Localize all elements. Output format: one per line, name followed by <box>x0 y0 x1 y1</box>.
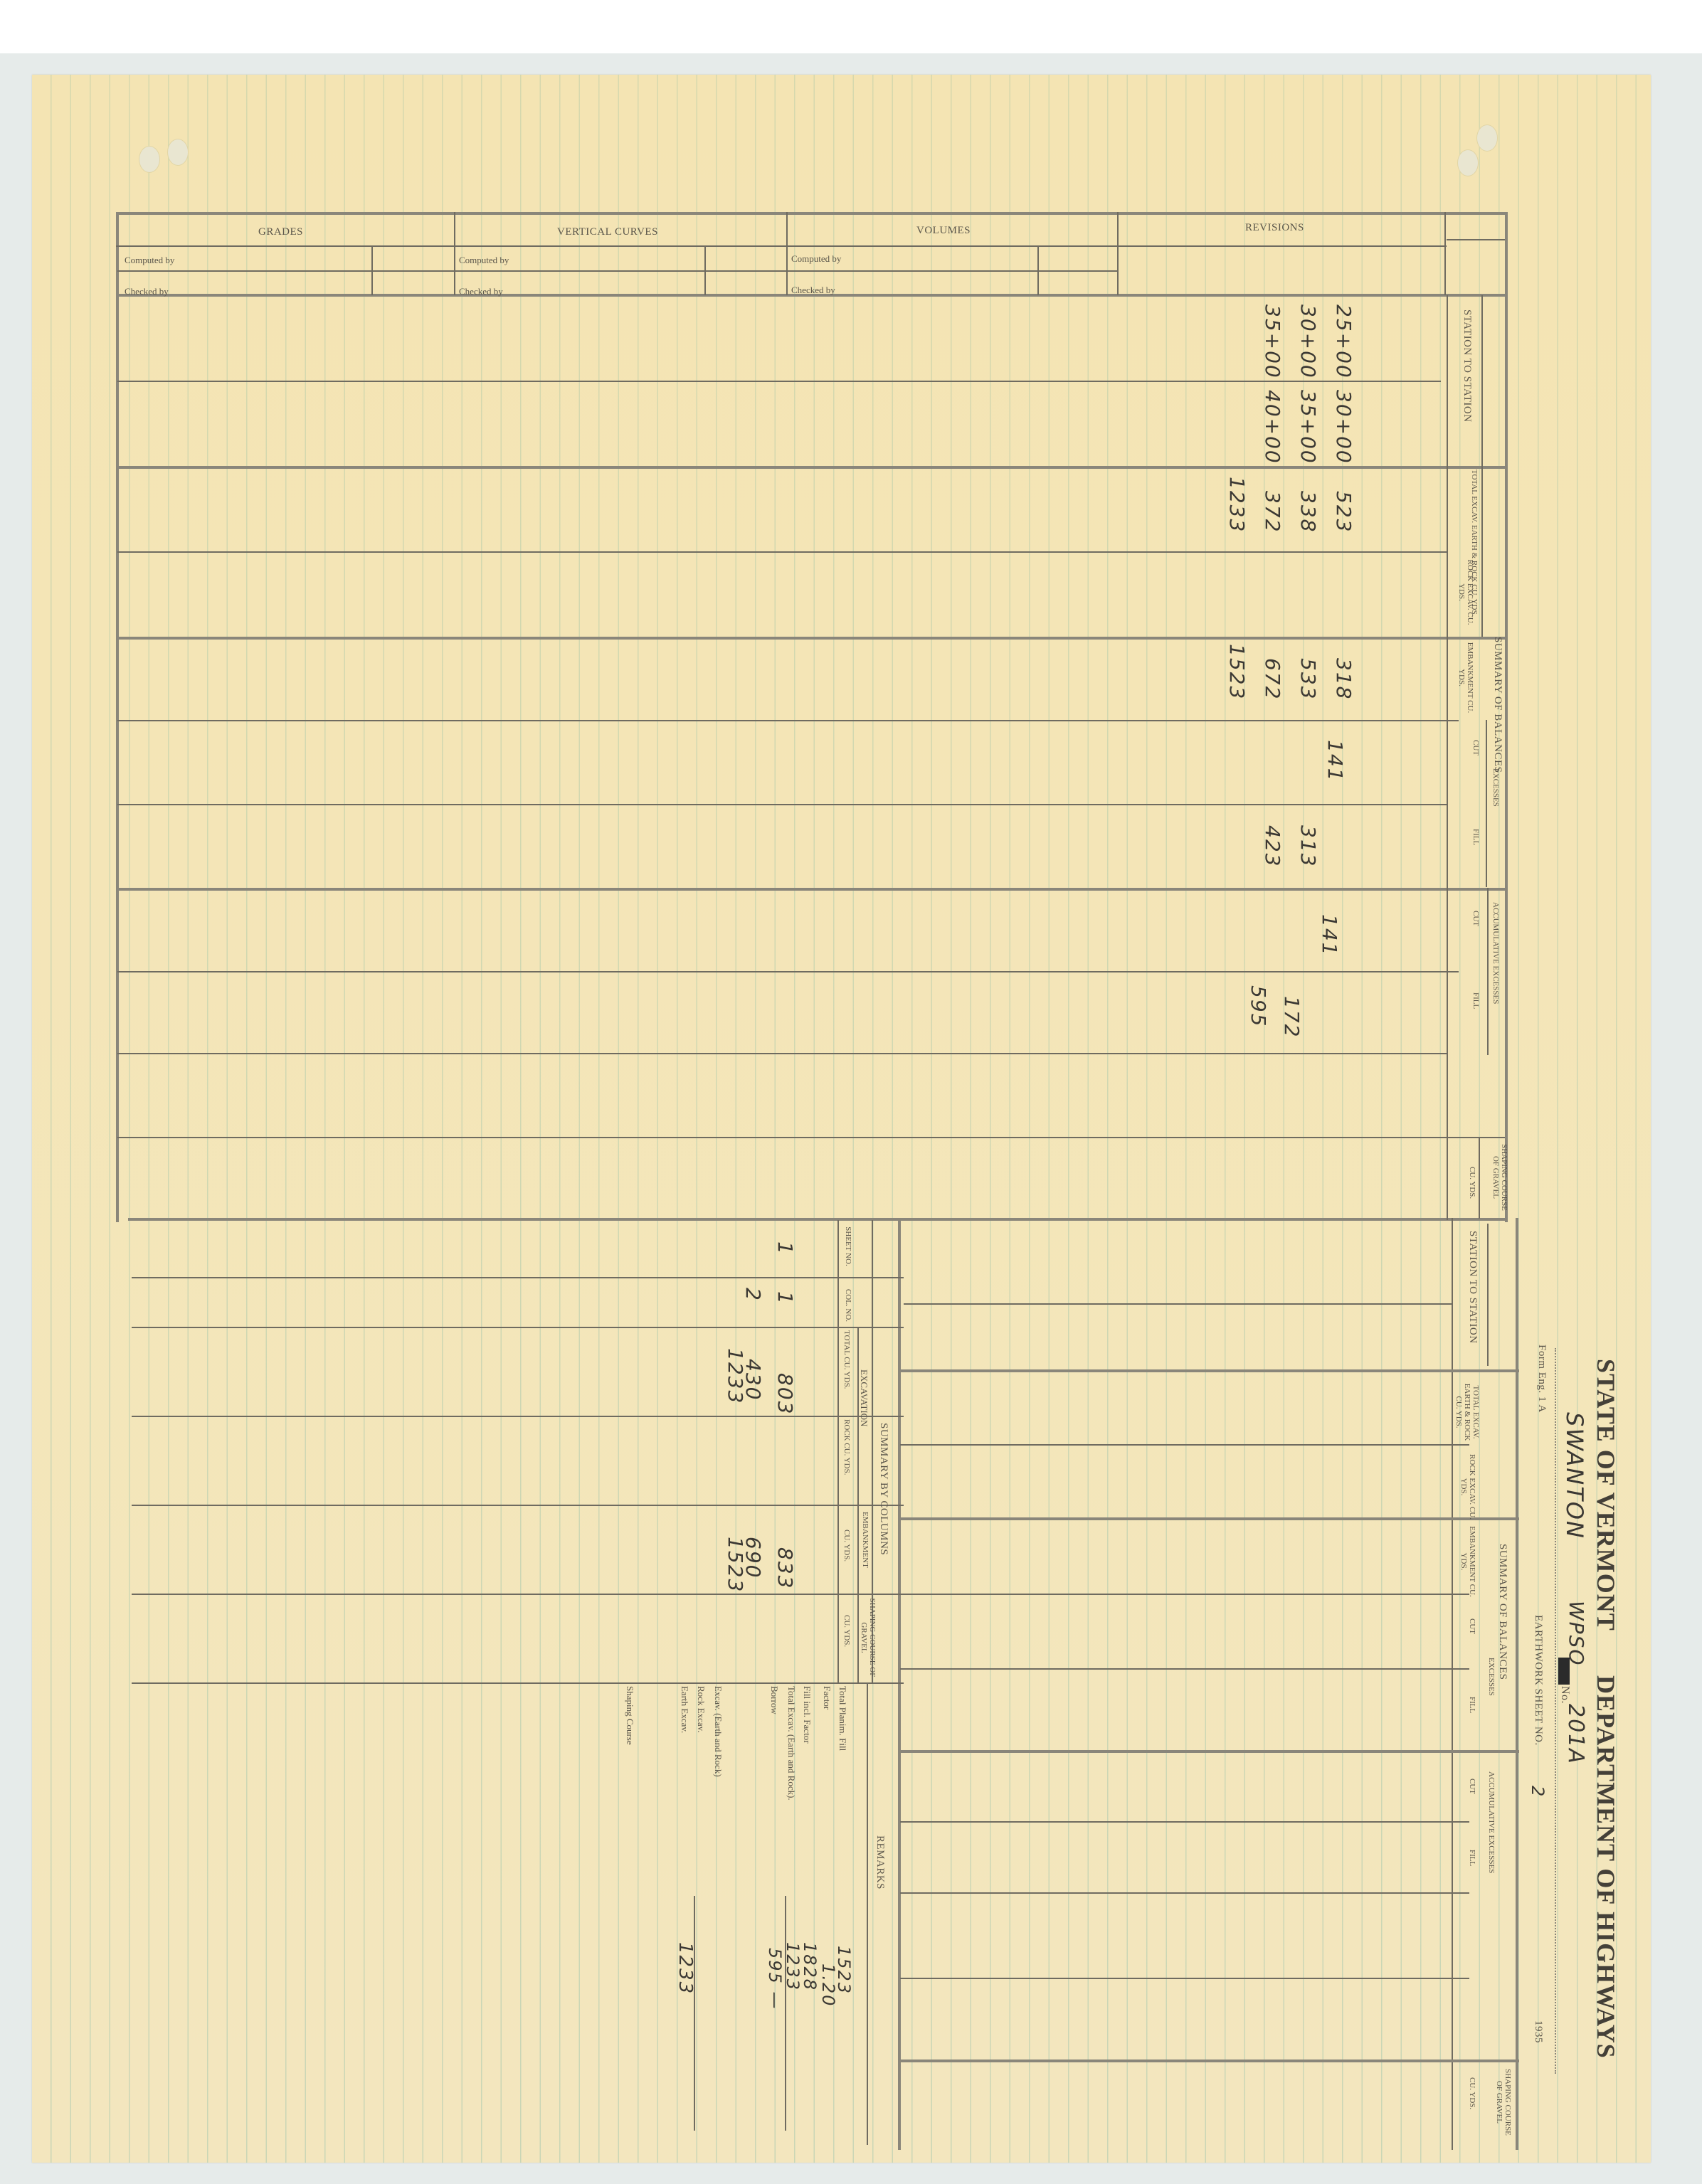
total-excav-total: 1233 <box>1225 477 1249 533</box>
excesses-header: EXCESSES <box>1491 768 1500 807</box>
shaping-cu-yds-header: CU. YDS. <box>1468 1167 1476 1199</box>
remark-label: Factor <box>821 1686 832 1709</box>
factor-value: 1.20 <box>818 1963 838 2007</box>
total-cu-yds-header: TOTAL CU. YDS. <box>842 1330 851 1389</box>
punch-hole <box>139 146 160 173</box>
volumes-header: VOLUMES <box>916 225 971 237</box>
excesses-cut-header: CUT <box>1471 740 1480 756</box>
blank-shaping-header: SHAPING COURSE OF GRAVEL <box>1495 2063 1512 2141</box>
fill-incl-factor-value: 1828 <box>800 1942 820 1991</box>
embankment-cu-yds-value: 833 <box>773 1547 797 1589</box>
punch-hole <box>1476 124 1498 152</box>
shaping-col-header: SHAPING COURSE OF GRAVEL <box>860 1595 877 1680</box>
punch-hole <box>167 139 189 166</box>
punch-hole <box>1457 149 1479 176</box>
blank-embankment-header: EMBANKMENT CU. YDS. <box>1459 1526 1476 1597</box>
embankment-units-header: CU. YDS. <box>842 1530 851 1562</box>
embankment-value: 672 <box>1261 658 1284 700</box>
station-from: 35+00 <box>1261 304 1284 379</box>
excess-cut-value: 141 <box>1323 740 1347 782</box>
excavation-header: EXCAVATION <box>858 1369 869 1426</box>
total-excav-value: 523 <box>1332 491 1355 533</box>
project-no-label: No. <box>1558 1686 1571 1704</box>
remark-label: Rock Excav. <box>695 1686 707 1733</box>
excess-fill-value: 313 <box>1296 825 1320 867</box>
col-no-header: COL. NO. <box>844 1284 852 1327</box>
blank-shaping-units: CU. YDS. <box>1468 2077 1476 2109</box>
earth-excav-value: 1233 <box>675 1942 696 1995</box>
remark-label: Total Planim. Fill <box>837 1686 848 1751</box>
volumes-computed-by-label: Computed by <box>791 253 841 265</box>
grades-header: GRADES <box>258 226 303 238</box>
department-title: DEPARTMENT OF HIGHWAYS <box>1591 1675 1621 2059</box>
sheet-title: EARTHWORK SHEET NO. <box>1532 1615 1544 1746</box>
station-from: 30+00 <box>1296 304 1320 379</box>
station-to: 30+00 <box>1332 390 1355 465</box>
acc-fill-value: 172 <box>1280 996 1304 1038</box>
remark-label: Shaping Course <box>624 1686 635 1745</box>
total-cu-yds-value: 803 <box>773 1373 797 1415</box>
remark-label: Earth Excav. <box>679 1686 690 1733</box>
rock-excav-header: ROCK EXCAV. CU. YDS. <box>1457 555 1474 630</box>
volumes-checked-by-label: Checked by <box>791 285 835 296</box>
embankment-value: 533 <box>1296 658 1320 700</box>
blank-fill-header: FILL <box>1468 1697 1476 1713</box>
redaction-mark <box>1558 1658 1570 1685</box>
sheet-no-value: 1 <box>773 1241 797 1256</box>
accumulative-excesses-header: ACCUMULATIVE EXCESSES <box>1491 902 1500 1004</box>
shaping-course-header: SHAPING COURSE OF GRAVEL <box>1491 1138 1508 1216</box>
remark-label: Fill incl. Factor <box>801 1686 813 1744</box>
station-to-station-header: STATION TO STATION <box>1461 309 1473 423</box>
embankment-col-header: EMBANKMENT <box>861 1512 869 1568</box>
revisions-header: REVISIONS <box>1245 222 1304 234</box>
vertical-curves-header: VERTICAL CURVES <box>557 226 658 238</box>
embankment-total: 1523 <box>724 1537 747 1593</box>
town-name: SWANTON <box>1561 1412 1588 1539</box>
vc-computed-by-label: Computed by <box>459 255 509 266</box>
remarks-title: REMARKS <box>874 1835 886 1889</box>
embankment-total: 1523 <box>1225 644 1249 700</box>
blank-total-excav-header: TOTAL EXCAV. EARTH & ROCK CU. YDS. <box>1454 1377 1480 1448</box>
summary-of-balances-title: SUMMARY OF BALANCES <box>1491 637 1503 773</box>
blank-summary-title: SUMMARY OF BALANCES <box>1496 1544 1508 1680</box>
summary-by-columns-title: SUMMARY BY COLUMNS <box>877 1423 889 1555</box>
col-no-value: 2 <box>741 1288 765 1302</box>
blank-cut-header: CUT <box>1468 1618 1476 1634</box>
total-cu-yds-total: 1233 <box>724 1348 747 1404</box>
total-excav-value: 372 <box>1261 491 1284 533</box>
grades-computed-by-label: Computed by <box>125 255 174 266</box>
shaping-col-units: CU. YDS. <box>842 1615 851 1647</box>
excesses-fill-header: FILL <box>1471 829 1480 845</box>
remark-label: Total Excav. (Earth and Rock). <box>786 1686 797 1801</box>
station-to: 40+00 <box>1261 390 1284 465</box>
acc-fill-header: FILL <box>1471 992 1480 1009</box>
total-excav-value: 338 <box>1296 491 1320 533</box>
acc-fill-value: 595 <box>1247 985 1270 1027</box>
excess-fill-value: 423 <box>1261 825 1284 867</box>
station-from: 25+00 <box>1332 304 1355 379</box>
embankment-header: EMBANKMENT CU. YDS. <box>1457 640 1474 715</box>
project-number: 201A <box>1563 1704 1588 1765</box>
embankment-value: 318 <box>1332 658 1355 700</box>
col-no-value: 1 <box>773 1291 797 1305</box>
sheet-number: 2 <box>1528 1786 1548 1798</box>
sheet-no-header: SHEET NO. <box>844 1225 852 1268</box>
borrow-value: 595 — <box>765 1948 785 2010</box>
blank-acc-cut-header: CUT <box>1468 1779 1476 1794</box>
total-excav-value: 1233 <box>783 1942 803 1991</box>
station-to: 35+00 <box>1296 390 1320 465</box>
vc-checked-by-label: Checked by <box>459 286 503 297</box>
form-number: Form Eng. 1 A <box>1535 1345 1548 1413</box>
total-excav-header: TOTAL EXCAV. EARTH & ROCK CU. YDS. <box>1470 470 1479 544</box>
blank-acc-fill-header: FILL <box>1468 1850 1476 1866</box>
state-title: STATE OF VERMONT <box>1591 1359 1621 1631</box>
year: 1935 <box>1532 2020 1544 2043</box>
grades-checked-by-label: Checked by <box>125 286 169 297</box>
earthwork-sheet-paper <box>32 75 1651 2163</box>
remark-label: Borrow <box>768 1686 780 1714</box>
project-prefix: WPSO <box>1565 1601 1588 1666</box>
acc-cut-value: 141 <box>1318 914 1341 956</box>
blank-rock-excav-header: ROCK EXCAV. CU. YDS. <box>1459 1451 1476 1522</box>
rock-cu-yds-header: ROCK CU. YDS. <box>842 1419 851 1475</box>
acc-cut-header: CUT <box>1471 911 1480 926</box>
blank-accum-header: ACCUMULATIVE EXCESSES <box>1487 1771 1496 1873</box>
remark-label: Excav. (Earth and Rock) <box>712 1686 724 1777</box>
blank-station-header: STATION TO STATION <box>1466 1231 1479 1344</box>
blank-excesses-header: EXCESSES <box>1487 1658 1496 1696</box>
